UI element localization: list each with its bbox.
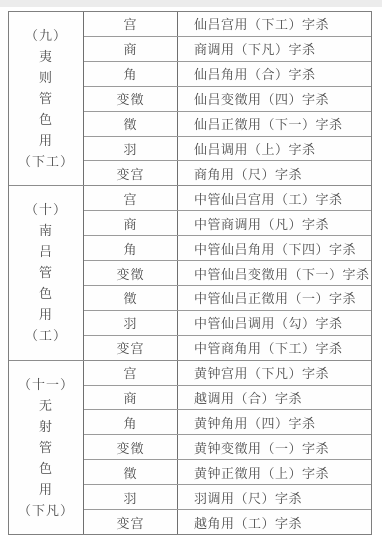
label-line: 南 [39,220,53,241]
section-label-wuyi: （十一） 无 射 管 色 用 （下凡） [9,361,84,534]
note-cell: 角 [84,410,178,434]
section-rows: 宫 中管仙吕宫用（工）字杀 商 中管商调用（凡）字杀 角 中管仙吕角用（下四）字… [84,186,371,359]
note-cell: 变徵 [84,261,178,285]
label-line: 色 [39,283,53,304]
note-cell: 徵 [84,112,178,136]
label-line: 无 [39,395,53,416]
section-label-yize: （九） 夷 则 管 色 用 （下工） [9,12,84,185]
note-cell: 羽 [84,311,178,335]
label-line: （十） [25,199,67,220]
desc-cell: 黄钟变徵用（一）字杀 [178,435,371,459]
label-line: 吕 [39,241,53,262]
scanned-document-page: （九） 夷 则 管 色 用 （下工） 宫 仙吕宫用（下工）字杀 商 商调用（下凡… [0,0,382,559]
label-line: （下凡） [18,500,74,521]
label-line: （下工） [18,151,74,172]
table-row: 徵 仙吕正徵用（下一）字杀 [84,111,371,136]
desc-cell: 仙吕调用（上）字杀 [178,137,371,161]
label-line: （十一） [18,374,74,395]
desc-cell: 羽调用（尺）字杀 [178,485,371,509]
table-section-nanlü: （十） 南 吕 管 色 用 （工） 宫 中管仙吕宫用（工）字杀 商 中管商调用（… [9,185,371,359]
section-rows: 宫 黄钟宫用（下凡）字杀 商 越调用（合）字杀 角 黄钟角用（四）字杀 变徵 黄… [84,361,371,534]
note-cell: 商 [84,37,178,61]
section-label-nanlü: （十） 南 吕 管 色 用 （工） [9,186,84,359]
table-row: 羽 仙吕调用（上）字杀 [84,136,371,161]
desc-cell: 仙吕变徵用（四）字杀 [178,87,371,111]
desc-cell: 仙吕正徵用（下一）字杀 [178,112,371,136]
note-cell: 宫 [84,12,178,36]
note-cell: 宫 [84,186,178,210]
label-line: （九） [25,25,67,46]
table-row: 羽 羽调用（尺）字杀 [84,484,371,509]
table-row: 商 商调用（下凡）字杀 [84,36,371,61]
note-cell: 变宫 [84,161,178,185]
desc-cell: 中管商调用（凡）字杀 [178,211,371,235]
table-row: 变宫 商角用（尺）字杀 [84,160,371,185]
desc-cell: 仙吕宫用（下工）字杀 [178,12,371,36]
desc-cell: 中管仙吕正徵用（一）字杀 [178,286,371,310]
label-line: 管 [39,88,53,109]
note-cell: 商 [84,386,178,410]
desc-cell: 黄钟角用（四）字杀 [178,410,371,434]
desc-cell: 黄钟正徵用（上）字杀 [178,460,371,484]
desc-cell: 商角用（尺）字杀 [178,161,371,185]
table-row: 变宫 越角用（工）字杀 [84,509,371,534]
label-line: 管 [39,262,53,283]
page-top-strip [0,0,382,7]
desc-cell: 越角用（工）字杀 [178,510,371,534]
note-cell: 变徵 [84,435,178,459]
desc-cell: 黄钟宫用（下凡）字杀 [178,361,371,385]
desc-cell: 中管仙吕角用（下四）字杀 [178,236,371,260]
label-line: 则 [39,67,53,88]
table-section-wuyi: （十一） 无 射 管 色 用 （下凡） 宫 黄钟宫用（下凡）字杀 商 越调用（合… [9,360,371,534]
table-row: 徵 中管仙吕正徵用（一）字杀 [84,285,371,310]
table-row: 宫 中管仙吕宫用（工）字杀 [84,186,371,210]
note-cell: 变徵 [84,87,178,111]
note-cell: 变宫 [84,510,178,534]
note-cell: 羽 [84,137,178,161]
table-row: 变宫 中管商角用（下工）字杀 [84,335,371,360]
note-cell: 徵 [84,286,178,310]
note-cell: 角 [84,236,178,260]
table-row: 角 中管仙吕角用（下四）字杀 [84,235,371,260]
table-row: 变徵 中管仙吕变徵用（下一）字杀 [84,260,371,285]
label-line: 色 [39,109,53,130]
table-row: 宫 黄钟宫用（下凡）字杀 [84,361,371,385]
desc-cell: 仙吕角用（合）字杀 [178,62,371,86]
note-cell: 变宫 [84,336,178,360]
table-row: 徵 黄钟正徵用（上）字杀 [84,459,371,484]
table-row: 角 黄钟角用（四）字杀 [84,409,371,434]
desc-cell: 中管仙吕宫用（工）字杀 [178,186,371,210]
desc-cell: 中管商角用（下工）字杀 [178,336,371,360]
label-line: 射 [39,416,53,437]
gongche-mode-table: （九） 夷 则 管 色 用 （下工） 宫 仙吕宫用（下工）字杀 商 商调用（下凡… [8,11,372,535]
label-line: 色 [39,458,53,479]
table-row: 变徵 黄钟变徵用（一）字杀 [84,434,371,459]
table-row: 羽 中管仙吕调用（勾）字杀 [84,310,371,335]
table-row: 变徵 仙吕变徵用（四）字杀 [84,86,371,111]
note-cell: 羽 [84,485,178,509]
note-cell: 徵 [84,460,178,484]
note-cell: 宫 [84,361,178,385]
table-row: 商 中管商调用（凡）字杀 [84,210,371,235]
label-line: 管 [39,437,53,458]
table-section-yize: （九） 夷 则 管 色 用 （下工） 宫 仙吕宫用（下工）字杀 商 商调用（下凡… [9,12,371,185]
table-row: 角 仙吕角用（合）字杀 [84,61,371,86]
section-rows: 宫 仙吕宫用（下工）字杀 商 商调用（下凡）字杀 角 仙吕角用（合）字杀 变徵 … [84,12,371,185]
label-line: 用 [39,479,53,500]
table-row: 宫 仙吕宫用（下工）字杀 [84,12,371,36]
desc-cell: 中管仙吕调用（勾）字杀 [178,311,371,335]
desc-cell: 中管仙吕变徵用（下一）字杀 [178,261,371,285]
desc-cell: 越调用（合）字杀 [178,386,371,410]
desc-cell: 商调用（下凡）字杀 [178,37,371,61]
label-line: 用 [39,130,53,151]
label-line: 用 [39,304,53,325]
table-row: 商 越调用（合）字杀 [84,385,371,410]
label-line: （工） [25,325,67,346]
note-cell: 角 [84,62,178,86]
note-cell: 商 [84,211,178,235]
label-line: 夷 [39,46,53,67]
